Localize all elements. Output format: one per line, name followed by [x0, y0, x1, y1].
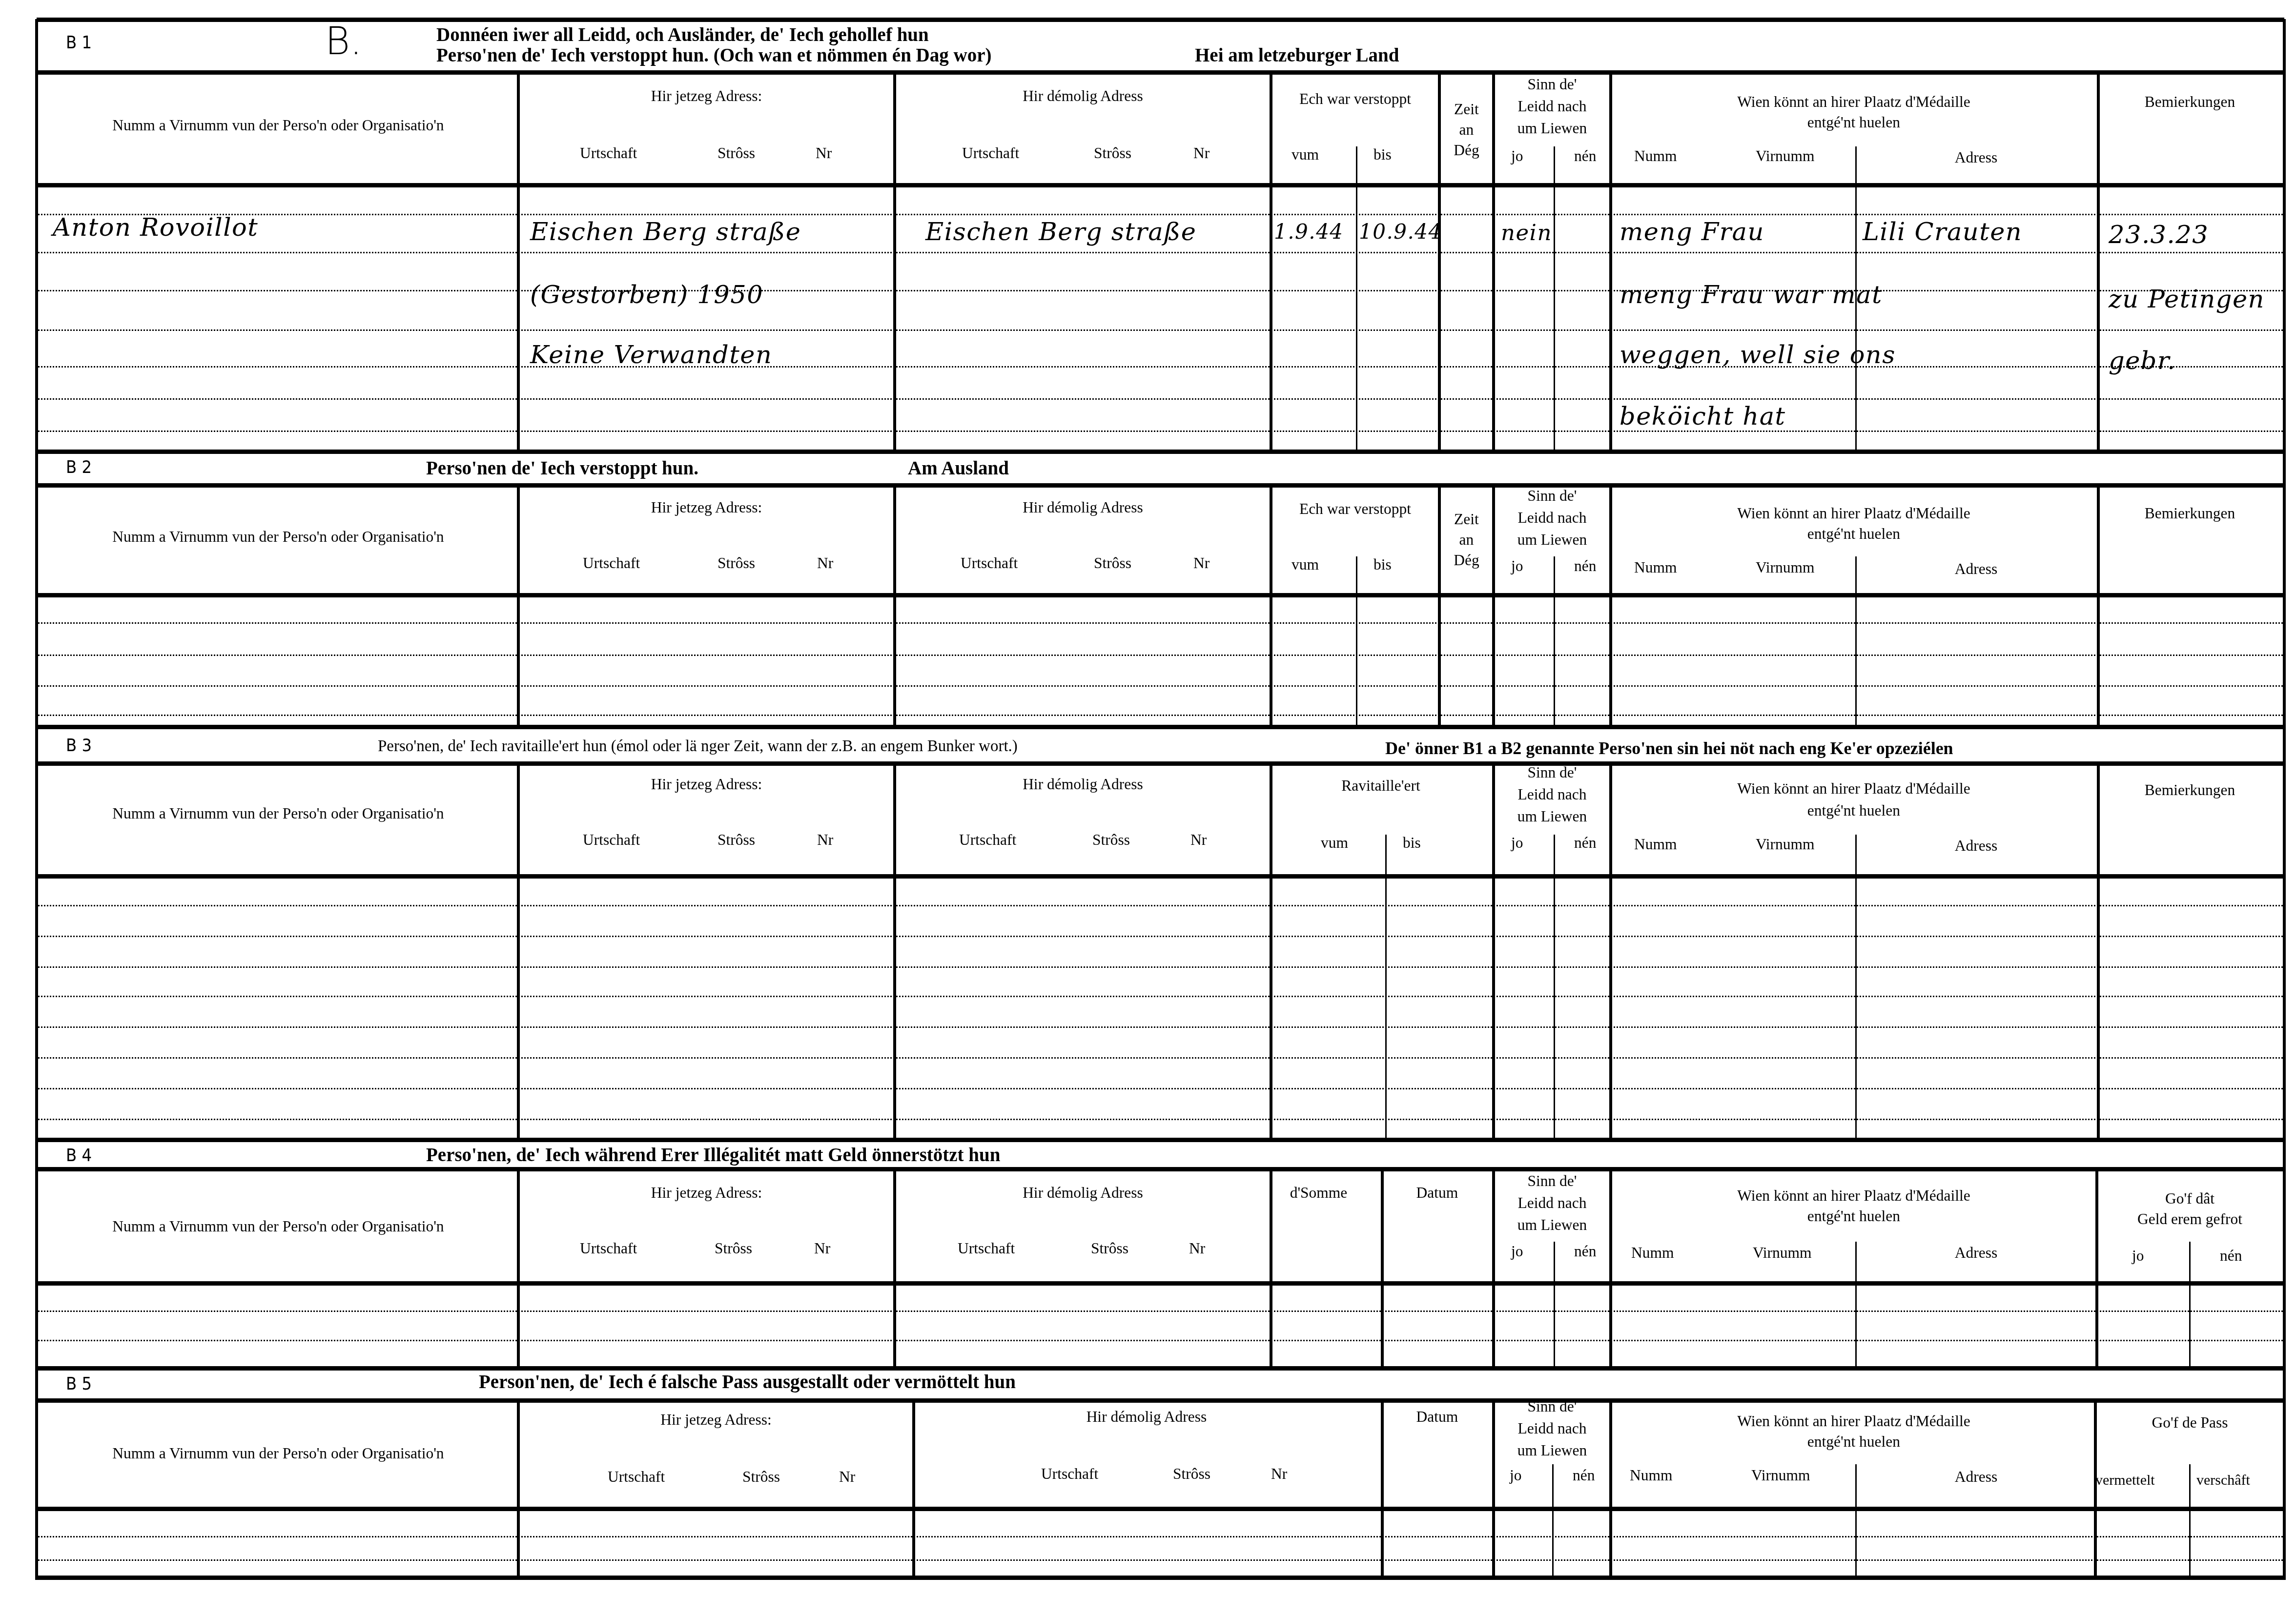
- name-column-header: Numm a Virnumm vun der Perso'n oder Orga…: [38, 807, 518, 824]
- former-address-header: Hir démolig Adress: [914, 1410, 1379, 1428]
- hidden-from-header: vum: [1291, 558, 1319, 575]
- name-column-header: Numm a Virnumm vun der Perso'n oder Orga…: [38, 1447, 518, 1464]
- section-title-line2: Perso'nen de' Iech verstoppt hun. (Och w…: [436, 45, 991, 66]
- former-street-header: Strôss: [1092, 833, 1130, 851]
- pass-header: Go'f de Pass: [2097, 1416, 2283, 1433]
- hidden-from-header: vum: [1291, 148, 1319, 165]
- medal-name-header: Numm: [1634, 149, 1677, 167]
- former-address-header: Hir démolig Adress: [895, 1186, 1271, 1204]
- current-address-header: Hir jetzeg Adress:: [518, 778, 895, 795]
- section-id: B 3: [66, 737, 92, 754]
- money-returned-header-2: Geld erem gefrot: [2097, 1212, 2283, 1230]
- former-address-header: Hir démolig Adress: [895, 89, 1271, 107]
- alive-header-1: Sinn de': [1494, 1400, 1611, 1417]
- supplied-header: Ravitaille'ert: [1271, 779, 1491, 797]
- medal-firstname-header: Virnumm: [1753, 1246, 1812, 1264]
- alive-header-3: um Liewen: [1494, 1218, 1611, 1236]
- sum-header: d'Somme: [1271, 1186, 1366, 1204]
- current-street-header: Strôss: [742, 1470, 780, 1488]
- entry-medal-name-line3[interactable]: weggen, well sie ons: [1619, 343, 1896, 369]
- current-address-header: Hir jetzeg Adress:: [518, 501, 895, 518]
- medal-firstname-header: Virnumm: [1756, 838, 1815, 855]
- former-street-header: Strôss: [1094, 146, 1131, 164]
- current-address-header: Hir jetzeg Adress:: [518, 1413, 914, 1431]
- alive-header-1: Sinn de': [1494, 1174, 1611, 1192]
- former-address-header: Hir démolig Adress: [895, 778, 1271, 795]
- money-returned-header-1: Go'f dât: [2097, 1192, 2283, 1209]
- former-nr-header: Nr: [1190, 833, 1207, 851]
- former-nr-header: Nr: [1271, 1467, 1287, 1485]
- medal-header-1: Wien könnt an hirer Plaatz d'Médaille: [1611, 95, 2097, 113]
- alive-no-header: nén: [1574, 1245, 1597, 1262]
- supplied-from-header: vum: [1321, 836, 1348, 854]
- current-nr-header: Nr: [816, 146, 832, 164]
- alive-header-2: Leidd nach: [1494, 100, 1611, 117]
- medal-header-1: Wien könnt an hirer Plaatz d'Médaille: [1611, 1414, 2097, 1432]
- former-place-header: Urtschaft: [958, 1242, 1015, 1259]
- hidden-header: Ech war verstoppt: [1271, 92, 1439, 110]
- former-street-header: Strôss: [1173, 1467, 1210, 1485]
- medal-header-1: Wien könnt an hirer Plaatz d'Médaille: [1611, 1189, 2097, 1207]
- medal-name-header: Numm: [1634, 561, 1677, 578]
- hidden-to-header: bis: [1373, 558, 1392, 575]
- current-nr-header: Nr: [817, 556, 833, 574]
- entry-current-address-line2[interactable]: (Gestorben) 1950: [530, 283, 763, 309]
- money-yes-header: jo: [2132, 1249, 2144, 1267]
- medal-firstname-header: Virnumm: [1756, 149, 1815, 167]
- medal-header-2: entgé'nt huelen: [1611, 804, 2097, 821]
- days-header-2: an: [1439, 533, 1494, 551]
- medal-header-1: Wien könnt an hirer Plaatz d'Médaille: [1611, 507, 2097, 524]
- former-street-header: Strôss: [1094, 556, 1131, 574]
- days-header-2: an: [1439, 123, 1494, 141]
- current-street-header: Strôss: [717, 833, 755, 851]
- alive-header-3: um Liewen: [1494, 533, 1611, 551]
- current-place-header: Urtschaft: [608, 1470, 665, 1488]
- supplied-to-header: bis: [1403, 836, 1421, 854]
- hidden-header: Ech war verstoppt: [1271, 502, 1439, 520]
- current-place-header: Urtschaft: [580, 146, 637, 164]
- entry-alive-no[interactable]: nein: [1501, 220, 1552, 246]
- name-column-header: Numm a Virnumm vun der Perso'n oder Orga…: [38, 530, 518, 548]
- current-street-header: Strôss: [715, 1242, 752, 1259]
- medal-address-header: Adress: [1855, 839, 2097, 857]
- section-title-location: Am Ausland: [908, 458, 1009, 479]
- entry-medal-address[interactable]: Lili Crauten: [1863, 220, 2022, 246]
- former-nr-header: Nr: [1193, 556, 1209, 574]
- money-no-header: nén: [2220, 1249, 2242, 1267]
- section-note: De' önner B1 a B2 genannte Perso'nen sin…: [1385, 738, 1953, 758]
- alive-header-3: um Liewen: [1494, 1444, 1611, 1461]
- alive-header-2: Leidd nach: [1494, 1196, 1611, 1214]
- section-title: Perso'nen de' Iech verstoppt hun.: [426, 458, 698, 479]
- former-place-header: Urtschaft: [962, 146, 1019, 164]
- alive-header-2: Leidd nach: [1494, 1422, 1611, 1439]
- alive-yes-header: jo: [1510, 1469, 1522, 1486]
- entry-remarks-line3[interactable]: gebr.: [2109, 348, 2176, 375]
- alive-no-header: nén: [1574, 149, 1597, 167]
- former-address-header: Hir démolig Adress: [895, 501, 1271, 518]
- alive-header-1: Sinn de': [1494, 489, 1611, 507]
- current-nr-header: Nr: [814, 1242, 830, 1259]
- current-nr-header: Nr: [839, 1470, 855, 1488]
- former-nr-header: Nr: [1189, 1242, 1205, 1259]
- entry-remarks-line2[interactable]: zu Petingen: [2109, 287, 2265, 313]
- current-place-header: Urtschaft: [583, 556, 640, 574]
- days-header-3: Dég: [1439, 553, 1494, 571]
- medal-firstname-header: Virnumm: [1751, 1469, 1810, 1486]
- current-street-header: Strôss: [717, 146, 755, 164]
- entry-former-address[interactable]: Eischen Berg straße: [925, 220, 1196, 246]
- name-column-header: Numm a Virnumm vun der Perso'n oder Orga…: [38, 1220, 518, 1237]
- medal-address-header: Adress: [1855, 151, 2097, 168]
- section-title: Perso'nen, de' Iech ravitaille'ert hun (…: [378, 738, 1018, 756]
- alive-yes-header: jo: [1511, 149, 1523, 167]
- alive-no-header: nén: [1574, 836, 1597, 854]
- alive-header-1: Sinn de': [1494, 78, 1611, 95]
- alive-no-header: nén: [1573, 1469, 1595, 1486]
- pass-arranged-header: vermettelt: [2095, 1473, 2155, 1491]
- current-nr-header: Nr: [817, 833, 833, 851]
- section-id: B 4: [66, 1147, 92, 1164]
- medal-header-2: entgé'nt huelen: [1611, 527, 2097, 545]
- alive-header-1: Sinn de': [1494, 766, 1611, 783]
- form-page: B 1 B. Donnéen iwer all Leidd, och Auslä…: [0, 0, 2296, 1597]
- section-title: Person'nen, de' Iech é falsche Pass ausg…: [479, 1372, 1016, 1392]
- medal-firstname-header: Virnumm: [1756, 561, 1815, 578]
- entry-remarks-line1[interactable]: 23.3.23: [2109, 223, 2209, 249]
- medal-name-header: Numm: [1634, 838, 1677, 855]
- current-place-header: Urtschaft: [583, 833, 640, 851]
- section-id: B 1: [66, 34, 92, 51]
- medal-header-2: entgé'nt huelen: [1611, 116, 2097, 133]
- medal-address-header: Adress: [1855, 562, 2097, 580]
- days-header-1: Zeit: [1439, 102, 1494, 120]
- current-address-header: Hir jetzeg Adress:: [518, 89, 895, 107]
- alive-header-3: um Liewen: [1494, 122, 1611, 139]
- entry-current-address-line3[interactable]: Keine Verwandten: [530, 343, 772, 369]
- hidden-to-header: bis: [1373, 148, 1392, 165]
- days-header-3: Dég: [1439, 143, 1494, 161]
- alive-yes-header: jo: [1511, 1245, 1523, 1262]
- medal-name-header: Numm: [1631, 1246, 1674, 1264]
- remarks-header: Bemierkungen: [2097, 783, 2283, 801]
- form-letter: B.: [325, 20, 362, 64]
- former-place-header: Urtschaft: [959, 833, 1016, 851]
- remarks-header: Bemierkungen: [2097, 507, 2283, 524]
- medal-header-2: entgé'nt huelen: [1611, 1209, 2097, 1227]
- former-nr-header: Nr: [1193, 146, 1209, 164]
- alive-yes-header: jo: [1511, 559, 1523, 577]
- current-place-header: Urtschaft: [580, 1242, 637, 1259]
- alive-header-2: Leidd nach: [1494, 511, 1611, 529]
- entry-hidden-to[interactable]: 10.9.44: [1359, 220, 1442, 246]
- pass-procured-header: verschâft: [2196, 1473, 2250, 1491]
- former-place-header: Urtschaft: [1041, 1467, 1098, 1485]
- entry-name[interactable]: Anton Rovoillot: [53, 215, 258, 242]
- medal-address-header: Adress: [1855, 1470, 2097, 1488]
- section-title-line1: Donnéen iwer all Leidd, och Ausländer, d…: [436, 25, 929, 45]
- remarks-header: Bemierkungen: [2097, 95, 2283, 113]
- entry-medal-name-line1[interactable]: meng Frau: [1619, 220, 1764, 246]
- alive-header-3: um Liewen: [1494, 810, 1611, 827]
- alive-no-header: nén: [1574, 559, 1597, 577]
- medal-header-2: entgé'nt huelen: [1611, 1435, 2097, 1453]
- entry-medal-name-line4[interactable]: beköicht hat: [1619, 404, 1786, 430]
- former-place-header: Urtschaft: [961, 556, 1018, 574]
- date-header: Datum: [1382, 1186, 1492, 1204]
- section-id: B 2: [66, 458, 92, 476]
- entry-current-address-line1[interactable]: Eischen Berg straße: [530, 220, 801, 246]
- current-street-header: Strôss: [717, 556, 755, 574]
- current-address-header: Hir jetzeg Adress:: [518, 1186, 895, 1204]
- medal-address-header: Adress: [1855, 1246, 2097, 1264]
- section-title-location: Hei am letzeburger Land: [1195, 45, 1399, 66]
- name-column-header: Numm a Virnumm vun der Perso'n oder Orga…: [38, 119, 518, 136]
- medal-name-header: Numm: [1630, 1469, 1673, 1486]
- days-header-1: Zeit: [1439, 512, 1494, 530]
- alive-header-2: Leidd nach: [1494, 788, 1611, 805]
- section-id: B 5: [66, 1375, 92, 1392]
- medal-header-1: Wien könnt an hirer Plaatz d'Médaille: [1611, 782, 2097, 799]
- entry-hidden-from[interactable]: 1.9.44: [1274, 220, 1344, 246]
- right-border: [2283, 19, 2286, 1580]
- date-header: Datum: [1382, 1410, 1492, 1428]
- entry-medal-name-line2[interactable]: meng Frau war mat: [1619, 283, 1883, 309]
- alive-yes-header: jo: [1511, 836, 1523, 854]
- former-street-header: Strôss: [1091, 1242, 1128, 1259]
- section-title: Perso'nen, de' Iech während Erer Illégal…: [426, 1145, 1000, 1166]
